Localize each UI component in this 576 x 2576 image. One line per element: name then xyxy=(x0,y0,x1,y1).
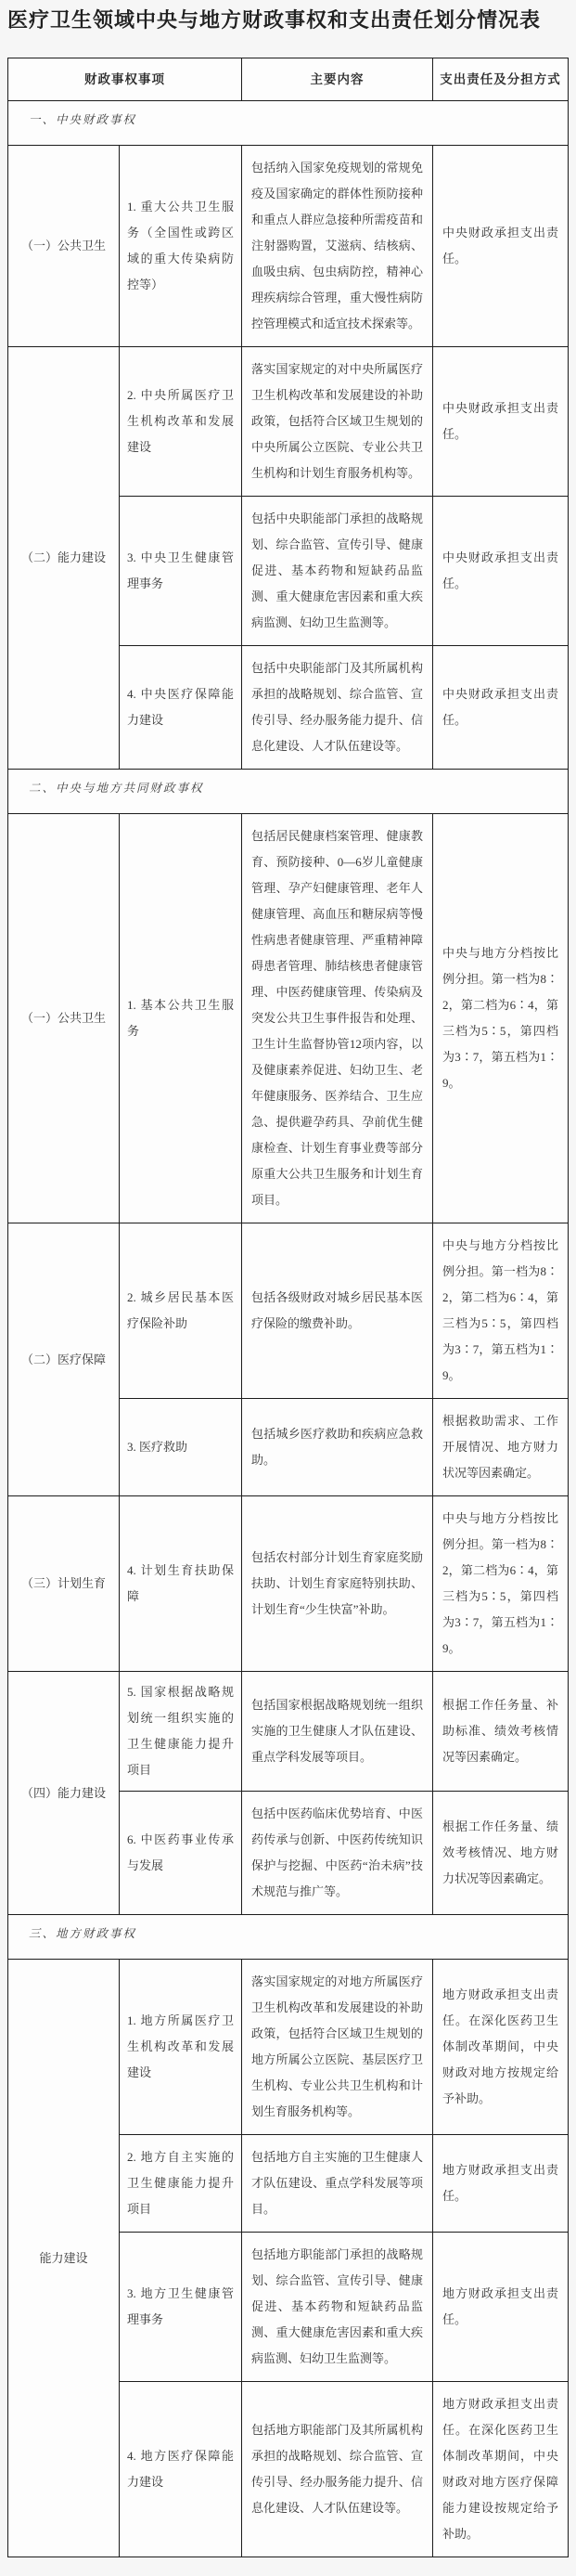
header-responsibility: 支出责任及分担方式 xyxy=(433,58,569,101)
group-cell: （一）公共卫生 xyxy=(8,814,120,1223)
header-content: 主要内容 xyxy=(242,58,433,101)
content-cell: 包括纳入国家免疫规划的常规免疫及国家确定的群体性预防接种和重点人群应急接种所需疫… xyxy=(242,146,433,347)
group-cell: （三）计划生育 xyxy=(8,1496,120,1672)
content-cell: 包括居民健康档案管理、健康教育、预防接种、0—6岁儿童健康管理、孕产妇健康管理、… xyxy=(242,814,433,1223)
table-body: 一、中央财政事权（一）公共卫生1. 重大公共卫生服务（全国性或跨区域的重大传染病… xyxy=(8,101,569,2557)
table-row: （一）公共卫生1. 重大公共卫生服务（全国性或跨区域的重大传染病防控等）包括纳入… xyxy=(8,146,569,347)
section-row: 三、地方财政事权 xyxy=(8,1915,569,1960)
group-cell: 能力建设 xyxy=(8,1960,120,2557)
item-cell: 1. 基本公共卫生服务 xyxy=(120,814,242,1223)
section-label: 二、中央与地方共同财政事权 xyxy=(8,770,569,814)
section-label: 三、地方财政事权 xyxy=(8,1915,569,1960)
item-cell: 3. 地方卫生健康管理事务 xyxy=(120,2233,242,2382)
responsibility-cell: 地方财政承担支出责任。在深化医药卫生体制改革期间，中央财政对地方按规定给予补助。 xyxy=(433,1960,569,2135)
content-cell: 落实国家规定的对地方所属医疗卫生机构改革和发展建设的补助政策，包括符合区域卫生规… xyxy=(242,1960,433,2135)
item-cell: 2. 城乡居民基本医疗保险补助 xyxy=(120,1223,242,1399)
responsibility-cell: 地方财政承担支出责任。 xyxy=(433,2135,569,2233)
content-cell: 包括城乡医疗救助和疾病应急救助。 xyxy=(242,1399,433,1496)
table-row: （一）公共卫生1. 基本公共卫生服务包括居民健康档案管理、健康教育、预防接种、0… xyxy=(8,814,569,1223)
header-items: 财政事权事项 xyxy=(8,58,242,101)
responsibility-cell: 地方财政承担支出责任。在深化医药卫生体制改革期间，中央财政对地方医疗保障能力建设… xyxy=(433,2382,569,2557)
responsibility-cell: 中央财政承担支出责任。 xyxy=(433,146,569,347)
item-cell: 5. 国家根据战略规划统一组织实施的卫生健康能力提升项目 xyxy=(120,1672,242,1792)
responsibility-cell: 中央与地方分档按比例分担。第一档为8∶2，第二档为6∶4，第三档为5∶5，第四档… xyxy=(433,1223,569,1399)
responsibility-cell: 中央财政承担支出责任。 xyxy=(433,497,569,646)
item-cell: 1. 重大公共卫生服务（全国性或跨区域的重大传染病防控等） xyxy=(120,146,242,347)
group-cell: （二）医疗保障 xyxy=(8,1223,120,1496)
group-cell: （四）能力建设 xyxy=(8,1672,120,1915)
content-cell: 包括各级财政对城乡居民基本医疗保险的缴费补助。 xyxy=(242,1223,433,1399)
group-cell: （二）能力建设 xyxy=(8,347,120,770)
content-cell: 包括国家根据战略规划统一组织实施的卫生健康人才队伍建设、重点学科发展等项目。 xyxy=(242,1672,433,1792)
item-cell: 2. 中央所属医疗卫生机构改革和发展建设 xyxy=(120,347,242,497)
item-cell: 2. 地方自主实施的卫生健康能力提升项目 xyxy=(120,2135,242,2233)
responsibility-cell: 根据救助需求、工作开展情况、地方财力状况等因素确定。 xyxy=(433,1399,569,1496)
table-row: （三）计划生育4. 计划生育扶助保障包括农村部分计划生育家庭奖励扶助、计划生育家… xyxy=(8,1496,569,1672)
item-cell: 4. 计划生育扶助保障 xyxy=(120,1496,242,1672)
item-cell: 6. 中医药事业传承与发展 xyxy=(120,1792,242,1915)
content-cell: 包括中央职能部门承担的战略规划、综合监管、宣传引导、健康促进、基本药物和短缺药品… xyxy=(242,497,433,646)
responsibility-cell: 中央与地方分档按比例分担。第一档为8∶2，第二档为6∶4，第三档为5∶5，第四档… xyxy=(433,1496,569,1672)
responsibility-cell: 中央与地方分档按比例分担。第一档为8∶2，第二档为6∶4，第三档为5∶5，第四档… xyxy=(433,814,569,1223)
table-header: 财政事权事项 主要内容 支出责任及分担方式 xyxy=(8,58,569,101)
content-cell: 包括中央职能部门及其所属机构承担的战略规划、综合监管、宣传引导、经办服务能力提升… xyxy=(242,646,433,770)
content-cell: 落实国家规定的对中央所属医疗卫生机构改革和发展建设的补助政策，包括符合区域卫生规… xyxy=(242,347,433,497)
section-row: 二、中央与地方共同财政事权 xyxy=(8,770,569,814)
item-cell: 1. 地方所属医疗卫生机构改革和发展建设 xyxy=(120,1960,242,2135)
group-cell: （一）公共卫生 xyxy=(8,146,120,347)
table-row: 能力建设1. 地方所属医疗卫生机构改革和发展建设落实国家规定的对地方所属医疗卫生… xyxy=(8,1960,569,2135)
section-label: 一、中央财政事权 xyxy=(8,101,569,146)
section-row: 一、中央财政事权 xyxy=(8,101,569,146)
content-cell: 包括地方职能部门承担的战略规划、综合监管、宣传引导、健康促进、基本药物和短缺药品… xyxy=(242,2233,433,2382)
item-cell: 4. 地方医疗保障能力建设 xyxy=(120,2382,242,2557)
table-row: （四）能力建设5. 国家根据战略规划统一组织实施的卫生健康能力提升项目包括国家根… xyxy=(8,1672,569,1792)
responsibility-cell: 根据工作任务量、补助标准、绩效考核情况等因素确定。 xyxy=(433,1672,569,1792)
item-cell: 3. 中央卫生健康管理事务 xyxy=(120,497,242,646)
item-cell: 4. 中央医疗保障能力建设 xyxy=(120,646,242,770)
content-cell: 包括地方职能部门及其所属机构承担的战略规划、综合监管、宣传引导、经办服务能力提升… xyxy=(242,2382,433,2557)
header-row: 财政事权事项 主要内容 支出责任及分担方式 xyxy=(8,58,569,101)
table-row: （二）能力建设2. 中央所属医疗卫生机构改革和发展建设落实国家规定的对中央所属医… xyxy=(8,347,569,497)
responsibility-cell: 地方财政承担支出责任。 xyxy=(433,2233,569,2382)
fiscal-responsibility-table: 财政事权事项 主要内容 支出责任及分担方式 一、中央财政事权（一）公共卫生1. … xyxy=(7,58,569,2557)
content-cell: 包括地方自主实施的卫生健康人才队伍建设、重点学科发展等项目。 xyxy=(242,2135,433,2233)
responsibility-cell: 中央财政承担支出责任。 xyxy=(433,347,569,497)
item-cell: 3. 医疗救助 xyxy=(120,1399,242,1496)
page-title: 医疗卫生领域中央与地方财政事权和支出责任划分情况表 xyxy=(7,7,569,33)
table-row: （二）医疗保障2. 城乡居民基本医疗保险补助包括各级财政对城乡居民基本医疗保险的… xyxy=(8,1223,569,1399)
responsibility-cell: 根据工作任务量、绩效考核情况、地方财力状况等因素确定。 xyxy=(433,1792,569,1915)
responsibility-cell: 中央财政承担支出责任。 xyxy=(433,646,569,770)
document-page: 医疗卫生领域中央与地方财政事权和支出责任划分情况表 财政事权事项 主要内容 支出… xyxy=(0,0,576,2576)
content-cell: 包括中医药临床优势培育、中医药传承与创新、中医药传统知识保护与挖掘、中医药“治未… xyxy=(242,1792,433,1915)
content-cell: 包括农村部分计划生育家庭奖励扶助、计划生育家庭特别扶助、计划生育“少生快富”补助… xyxy=(242,1496,433,1672)
